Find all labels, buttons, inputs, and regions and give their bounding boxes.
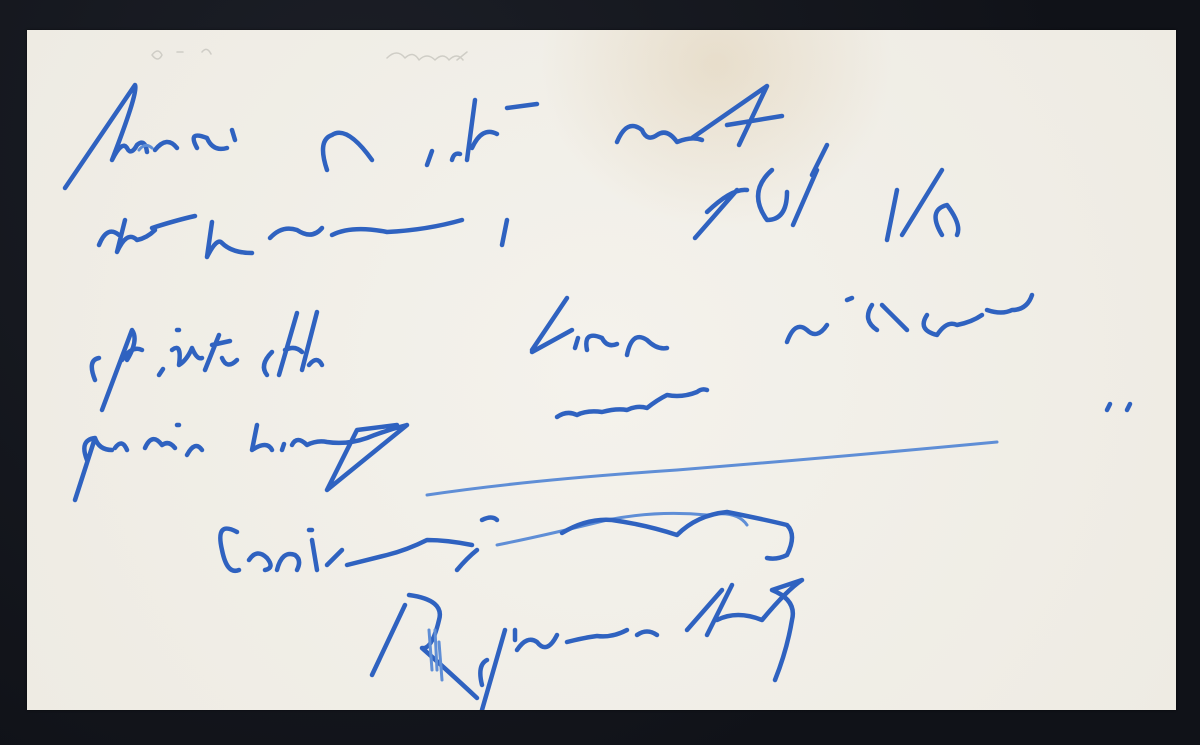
line-2-charmant [99, 170, 958, 257]
line-3-spirituelle [92, 295, 1032, 410]
pencil-note [152, 49, 467, 60]
handwritten-card: Merci de votre mot, charmant, et de la s… [27, 30, 1176, 710]
handwriting-ink [27, 30, 1176, 710]
signature-reynaldo-hahn [372, 580, 802, 710]
line-4-beaucoup [75, 389, 1130, 500]
line-1-merci [65, 85, 827, 188]
line-5-cordialement [220, 512, 792, 571]
